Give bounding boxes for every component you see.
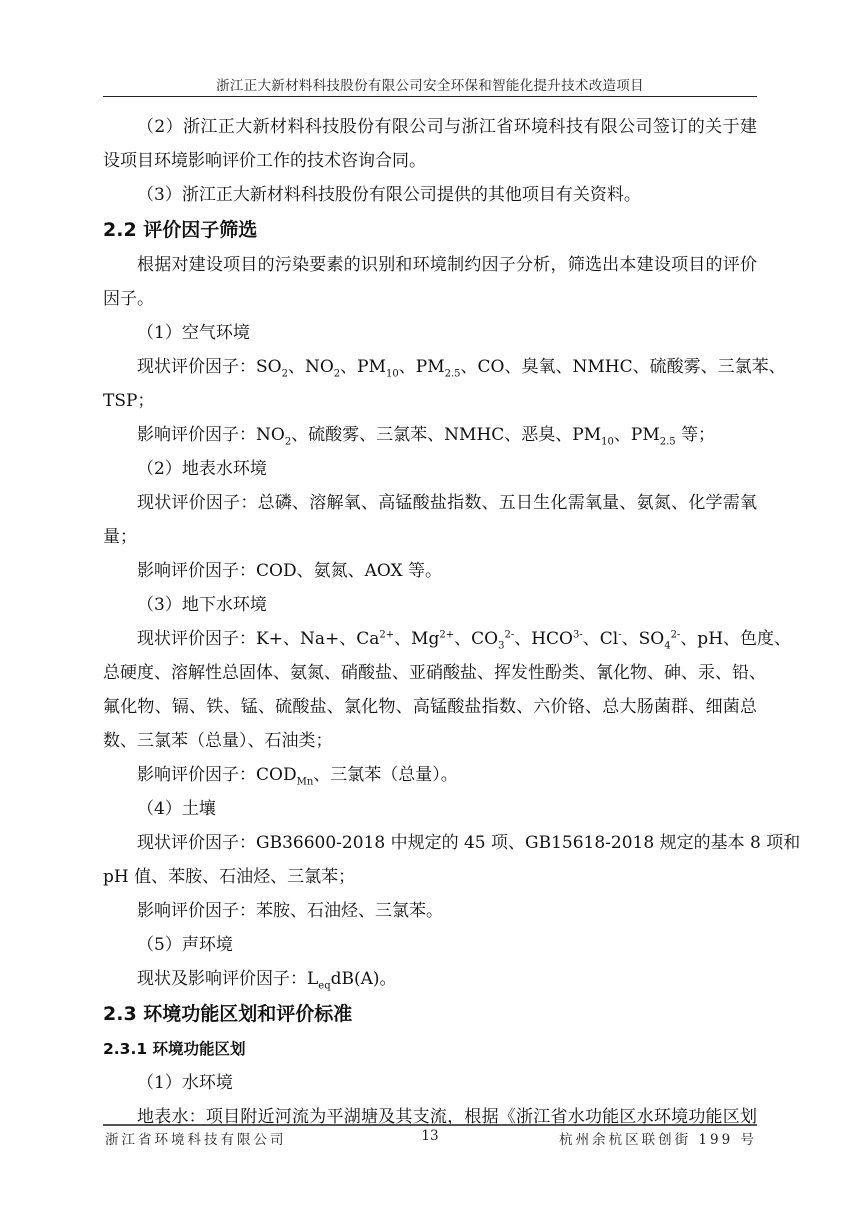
reference-item-2-line1: （2）浙江正大新材料科技股份有限公司与浙江省环境科技有限公司签订的关于建 — [103, 110, 757, 144]
water-environment-title: （1）水环境 — [103, 1066, 757, 1100]
groundwater-title: （3）地下水环境 — [103, 588, 757, 622]
section-2-2-intro-line1: 根据对建设项目的污染要素的识别和环境制约因子分析，筛选出本建设项目的评价 — [103, 248, 757, 282]
section-heading-2-3: 2.3 环境功能区划和评价标准 — [103, 996, 757, 1032]
reference-item-3: （3）浙江正大新材料科技股份有限公司提供的其他项目有关资料。 — [103, 178, 757, 212]
groundwater-current-line4: 数、三氯苯（总量）、石油类； — [103, 724, 757, 758]
reference-item-2-line2: 设项目环境影响评价工作的技术咨询合同。 — [103, 144, 757, 178]
footer-divider — [103, 1124, 757, 1126]
soil-current-line1: 现状评价因子：GB36600-2018 中规定的 45 项、GB15618-20… — [103, 826, 757, 860]
air-current-factors-line2: TSP； — [103, 384, 757, 418]
groundwater-current-line2: 总硬度、溶解性总固体、氨氮、硝酸盐、亚硝酸盐、挥发性酚类、氰化物、砷、汞、铅、 — [103, 656, 757, 690]
subsection-heading-2-3-1: 2.3.1 环境功能区划 — [103, 1032, 757, 1066]
groundwater-impact: 影响评价因子：CODMn、三氯苯（总量）。 — [103, 758, 757, 792]
soil-title: （4）土壤 — [103, 792, 757, 826]
section-2-2-intro-line2: 因子。 — [103, 282, 757, 316]
footer-address: 杭州余杭区联创街 199 号 — [559, 1128, 757, 1148]
surface-water-current-line2: 量； — [103, 520, 757, 554]
header-divider — [103, 96, 757, 97]
surface-water-current-line1: 现状评价因子：总磷、溶解氧、高锰酸盐指数、五日生化需氧量、氨氮、化学需氧 — [103, 486, 757, 520]
air-current-factors-line1: 现状评价因子：SO2、NO2、PM10、PM2.5、CO、臭氧、NMHC、硫酸雾… — [103, 350, 757, 384]
noise-factors: 现状及影响评价因子：LeqdB(A)。 — [103, 962, 757, 996]
noise-title: （5）声环境 — [103, 928, 757, 962]
document-body: （2）浙江正大新材料科技股份有限公司与浙江省环境科技有限公司签订的关于建 设项目… — [103, 110, 757, 1134]
air-impact-factors: 影响评价因子：NO2、硫酸雾、三氯苯、NMHC、恶臭、PM10、PM2.5 等； — [103, 418, 757, 452]
soil-impact: 影响评价因子：苯胺、石油烃、三氯苯。 — [103, 894, 757, 928]
soil-current-line2: pH 值、苯胺、石油烃、三氯苯； — [103, 860, 757, 894]
groundwater-current-line3: 氟化物、镉、铁、锰、硫酸盐、氯化物、高锰酸盐指数、六价铬、总大肠菌群、细菌总 — [103, 690, 757, 724]
groundwater-current-line1: 现状评价因子：K+、Na+、Ca2+、Mg2+、CO32-、HCO3-、Cl-、… — [103, 622, 757, 656]
running-header-title: 浙江正大新材料科技股份有限公司安全环保和智能化提升技术改造项目 — [103, 74, 757, 94]
surface-water-title: （2）地表水环境 — [103, 452, 757, 486]
air-environment-title: （1）空气环境 — [103, 316, 757, 350]
section-heading-2-2: 2.2 评价因子筛选 — [103, 212, 757, 248]
surface-water-impact: 影响评价因子：COD、氨氮、AOX 等。 — [103, 554, 757, 588]
document-page: 浙江正大新材料科技股份有限公司安全环保和智能化提升技术改造项目 （2）浙江正大新… — [0, 0, 860, 1216]
